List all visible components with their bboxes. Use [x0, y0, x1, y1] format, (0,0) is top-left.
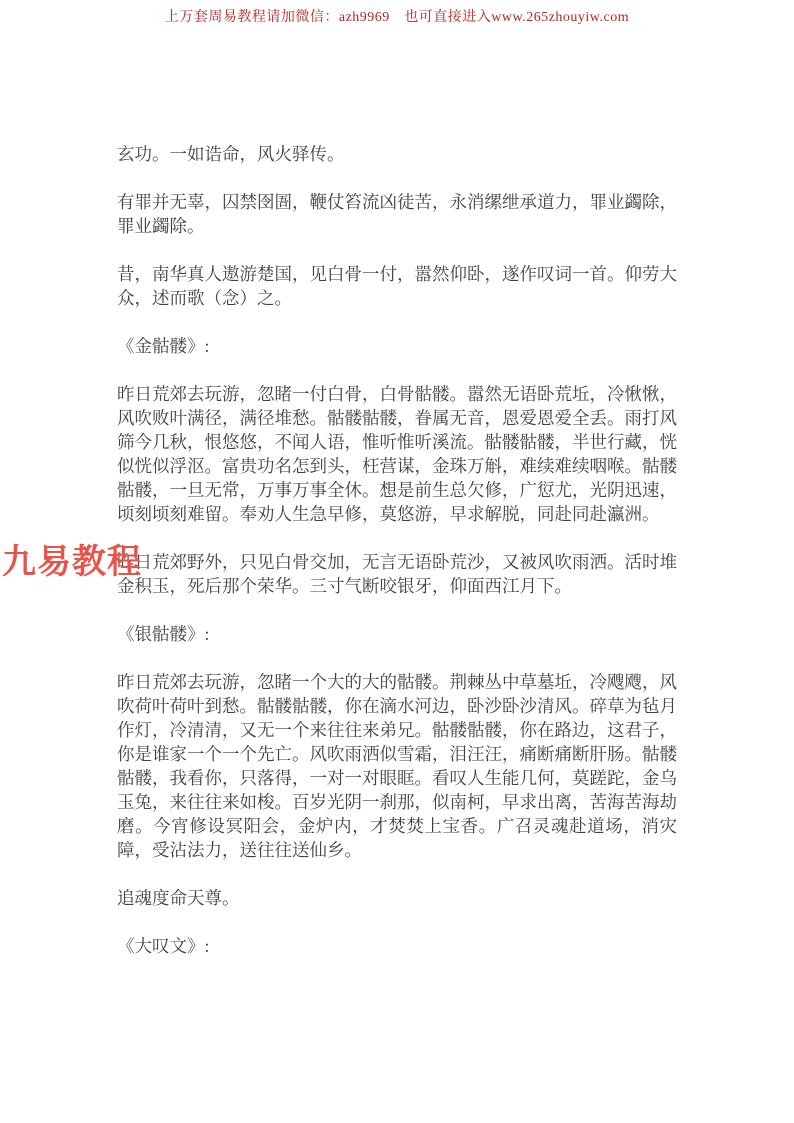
- document-body: 玄功。一如诰命，风火驿传。有罪并无辜，囚禁囹圄，鞭仗笞流凶徒苦，永消缧绁承道力，…: [117, 142, 677, 958]
- promo-header-text: 上万套周易教程请加微信：azh9969 也可直接进入www.265zhouyiw…: [0, 6, 794, 26]
- paragraph: 昨日荒郊去玩游，忽睹一付白骨，白骨骷髅。嚣然无语卧荒坵，冷愀愀，风吹败叶满径，满…: [117, 382, 677, 526]
- section-title: 《大叹文》:: [117, 934, 677, 958]
- paragraph: 玄功。一如诰命，风火驿传。: [117, 142, 677, 166]
- section-title: 《银骷髅》:: [117, 622, 677, 646]
- document-page: 上万套周易教程请加微信：azh9969 也可直接进入www.265zhouyiw…: [0, 0, 794, 1123]
- paragraph: 昔，南华真人遨游楚国，见白骨一付，嚣然仰卧，遂作叹词一首。仰劳大众，述而歌（念）…: [117, 262, 677, 310]
- paragraph: 昨日荒郊去玩游，忽睹一个大的大的骷髅。荆棘丛中草墓坵，冷飕飕，风吹荷叶荷叶到愁。…: [117, 670, 677, 862]
- paragraph: 追魂度命天尊。: [117, 886, 677, 910]
- paragraph: 有罪并无辜，囚禁囹圄，鞭仗笞流凶徒苦，永消缧绁承道力，罪业蠲除，罪业蠲除。: [117, 190, 677, 238]
- watermark-text: 九易教程: [2, 545, 142, 579]
- section-title: 《金骷髅》:: [117, 334, 677, 358]
- paragraph: 昨日荒郊野外，只见白骨交加，无言无语卧荒沙，又被风吹雨洒。活时堆金积玉，死后那个…: [117, 550, 677, 598]
